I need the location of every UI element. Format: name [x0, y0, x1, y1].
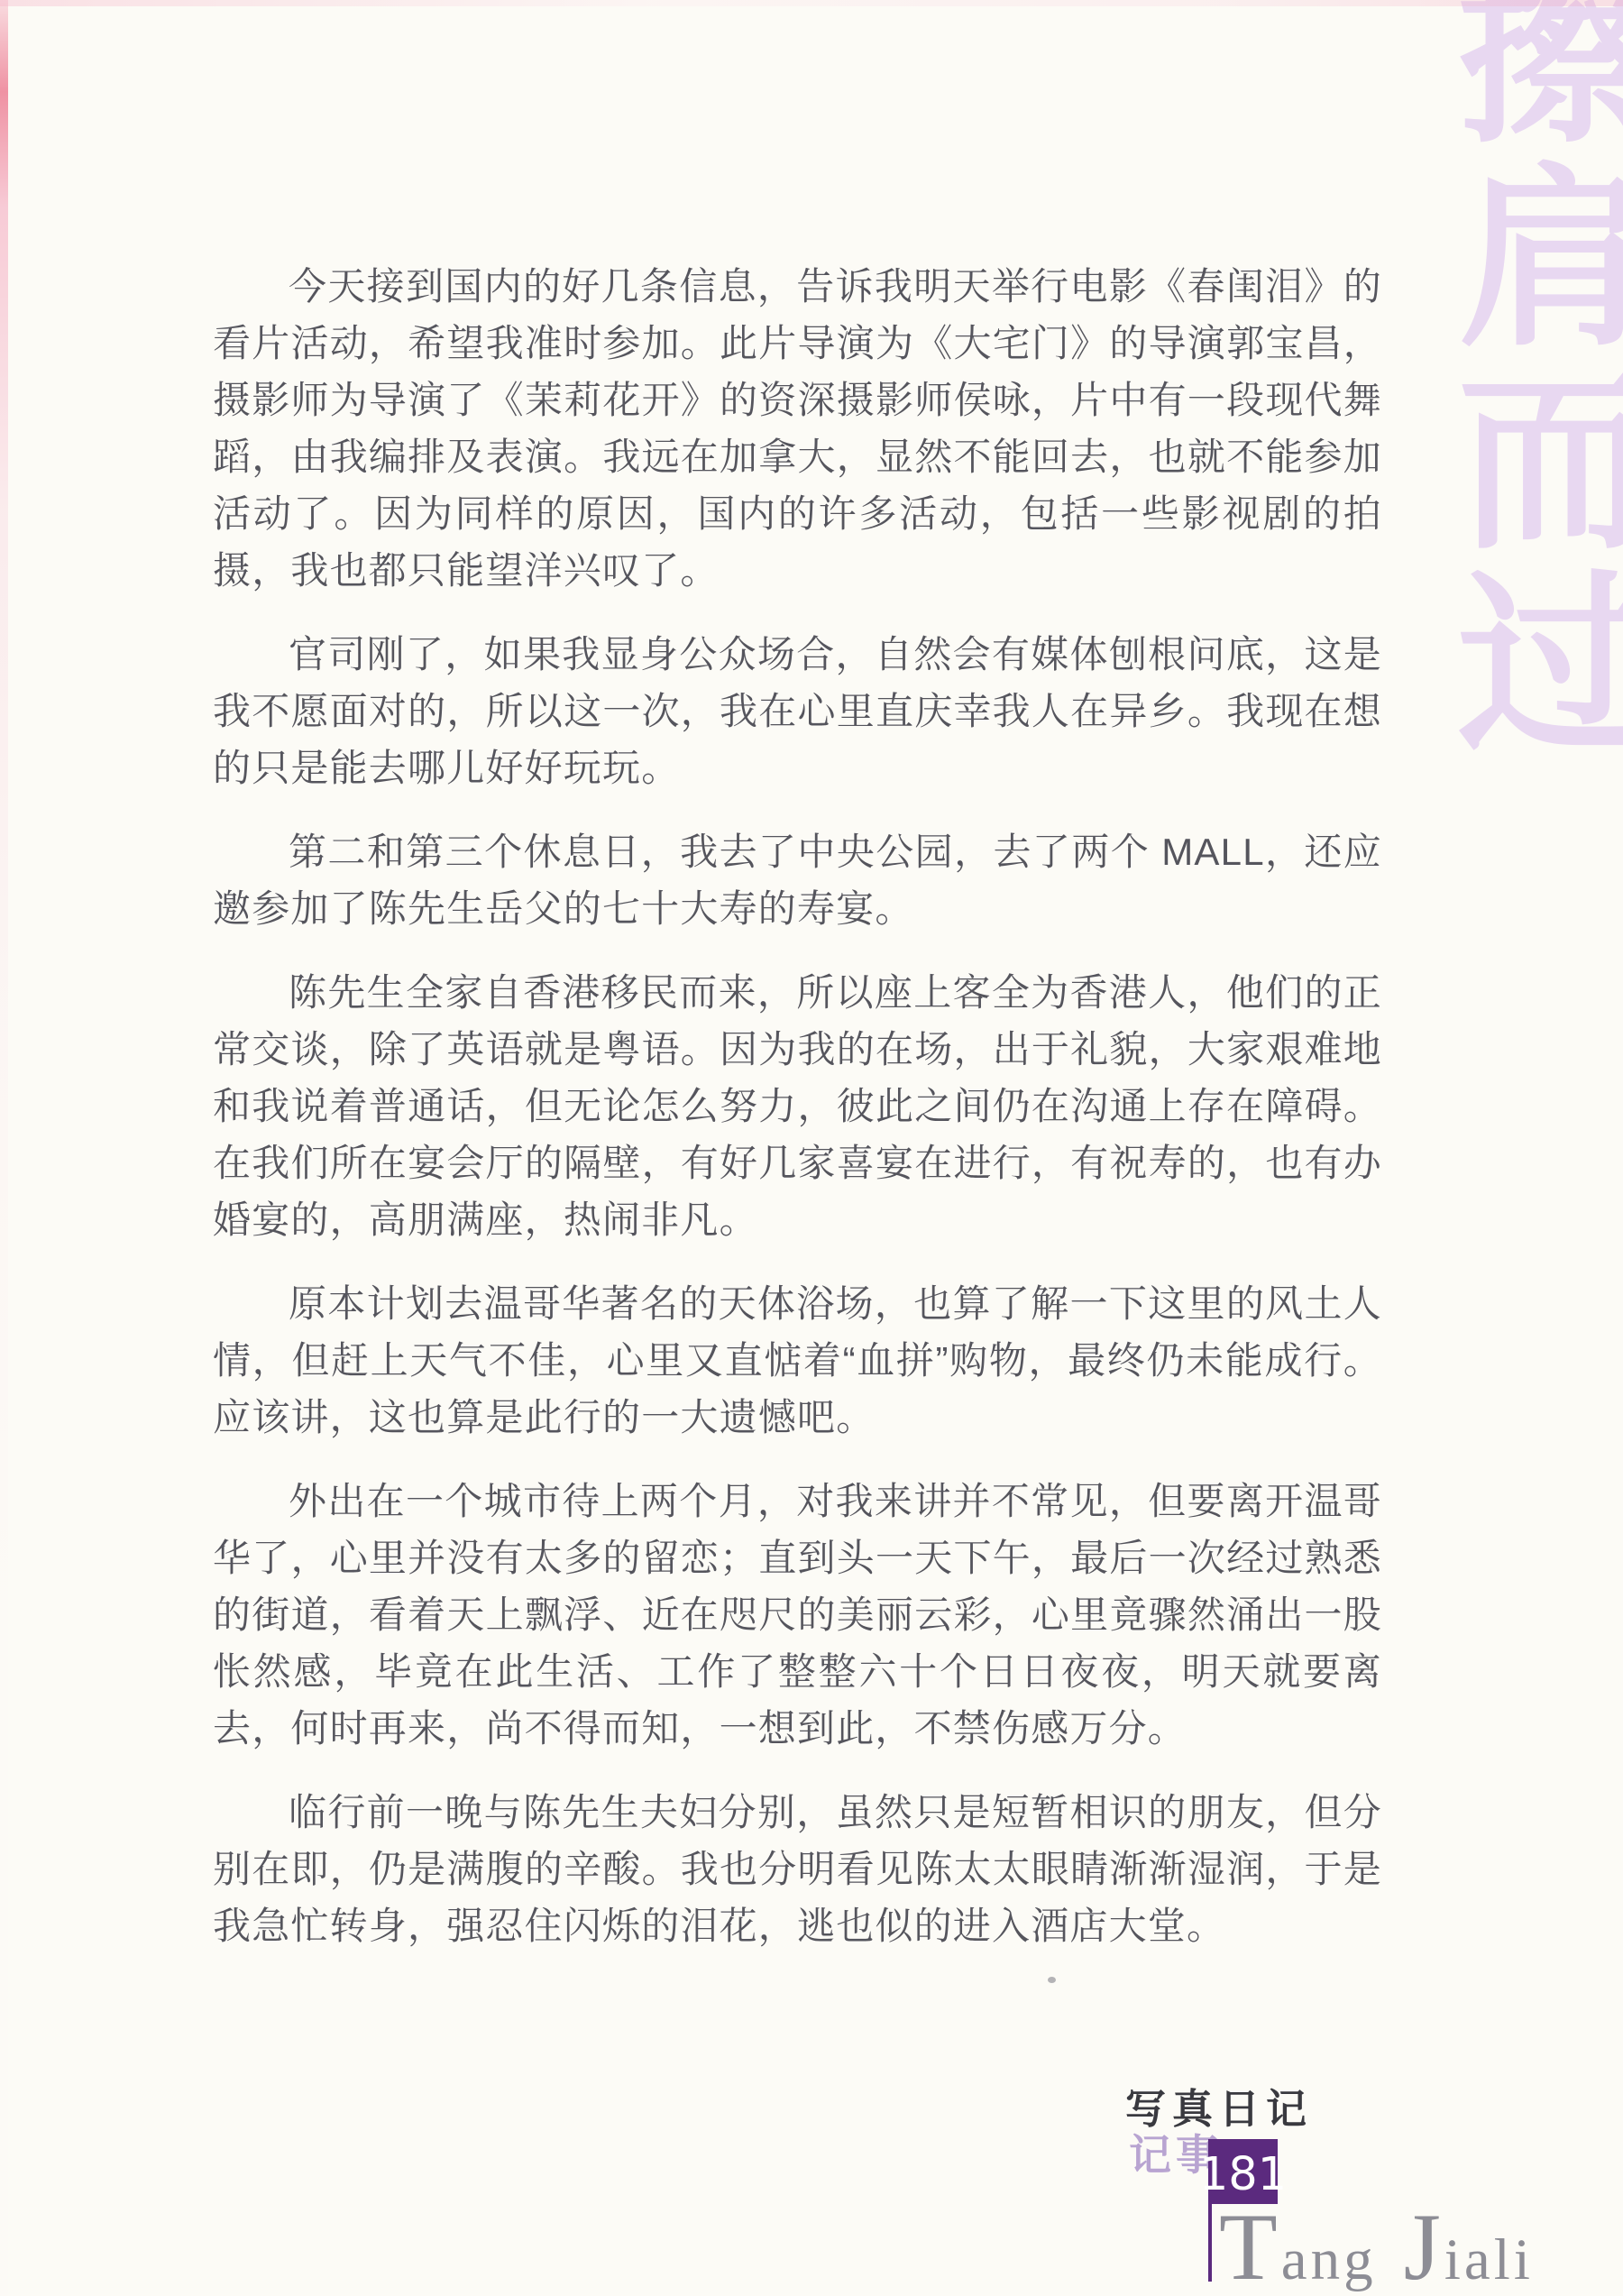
diary-text-block: 今天接到国内的好几条信息，告诉我明天举行电影《春闺泪》的看片活动，希望我准时参加…	[213, 258, 1382, 1981]
diary-paragraph: 第二和第三个休息日，我去了中央公园，去了两个 MALL，还应邀参加了陈先生岳父的…	[213, 823, 1382, 937]
author-name-part: ang	[1281, 2231, 1377, 2290]
badge-tail-line	[1208, 2204, 1212, 2282]
author-name-part: iali	[1444, 2231, 1534, 2290]
author-name: TangJiali	[1219, 2202, 1534, 2293]
chapter-title-watermark-text: 与天体浴场擦肩而过	[1442, 0, 1623, 1024]
chapter-title-watermark: 与天体浴场擦肩而过	[1436, 0, 1623, 1024]
scan-edge-artifact-left	[0, 0, 8, 2296]
diary-paragraph: 陈先生全家自香港移民而来，所以座上客全为香港人，他们的正常交谈，除了英语就是粤语…	[213, 964, 1382, 1248]
author-name-initial: J	[1404, 2202, 1444, 2293]
diary-paragraph: 今天接到国内的好几条信息，告诉我明天举行电影《春闺泪》的看片活动，希望我准时参加…	[213, 258, 1382, 599]
scan-edge-artifact-top	[0, 0, 1623, 6]
scan-speck	[1048, 1977, 1056, 1983]
book-page: 与天体浴场擦肩而过 今天接到国内的好几条信息，告诉我明天举行电影《春闺泪》的看片…	[0, 0, 1623, 2296]
series-title: 写真日记	[1125, 2089, 1313, 2129]
page-number: 181	[1199, 2146, 1287, 2198]
diary-paragraph: 原本计划去温哥华著名的天体浴场，也算了解一下这里的风土人情，但赶上天气不佳，心里…	[213, 1275, 1382, 1446]
diary-paragraph: 外出在一个城市待上两个月，对我来讲并不常见，但要离开温哥华了，心里并没有太多的留…	[213, 1473, 1382, 1757]
diary-paragraph: 官司刚了，如果我显身公众场合，自然会有媒体刨根问底，这是我不愿面对的，所以这一次…	[213, 626, 1382, 796]
diary-paragraph: 临行前一晚与陈先生夫妇分别，虽然只是短暂相识的朋友，但分别在即，仍是满腹的辛酸。…	[213, 1784, 1382, 1954]
author-name-initial: T	[1219, 2202, 1281, 2293]
